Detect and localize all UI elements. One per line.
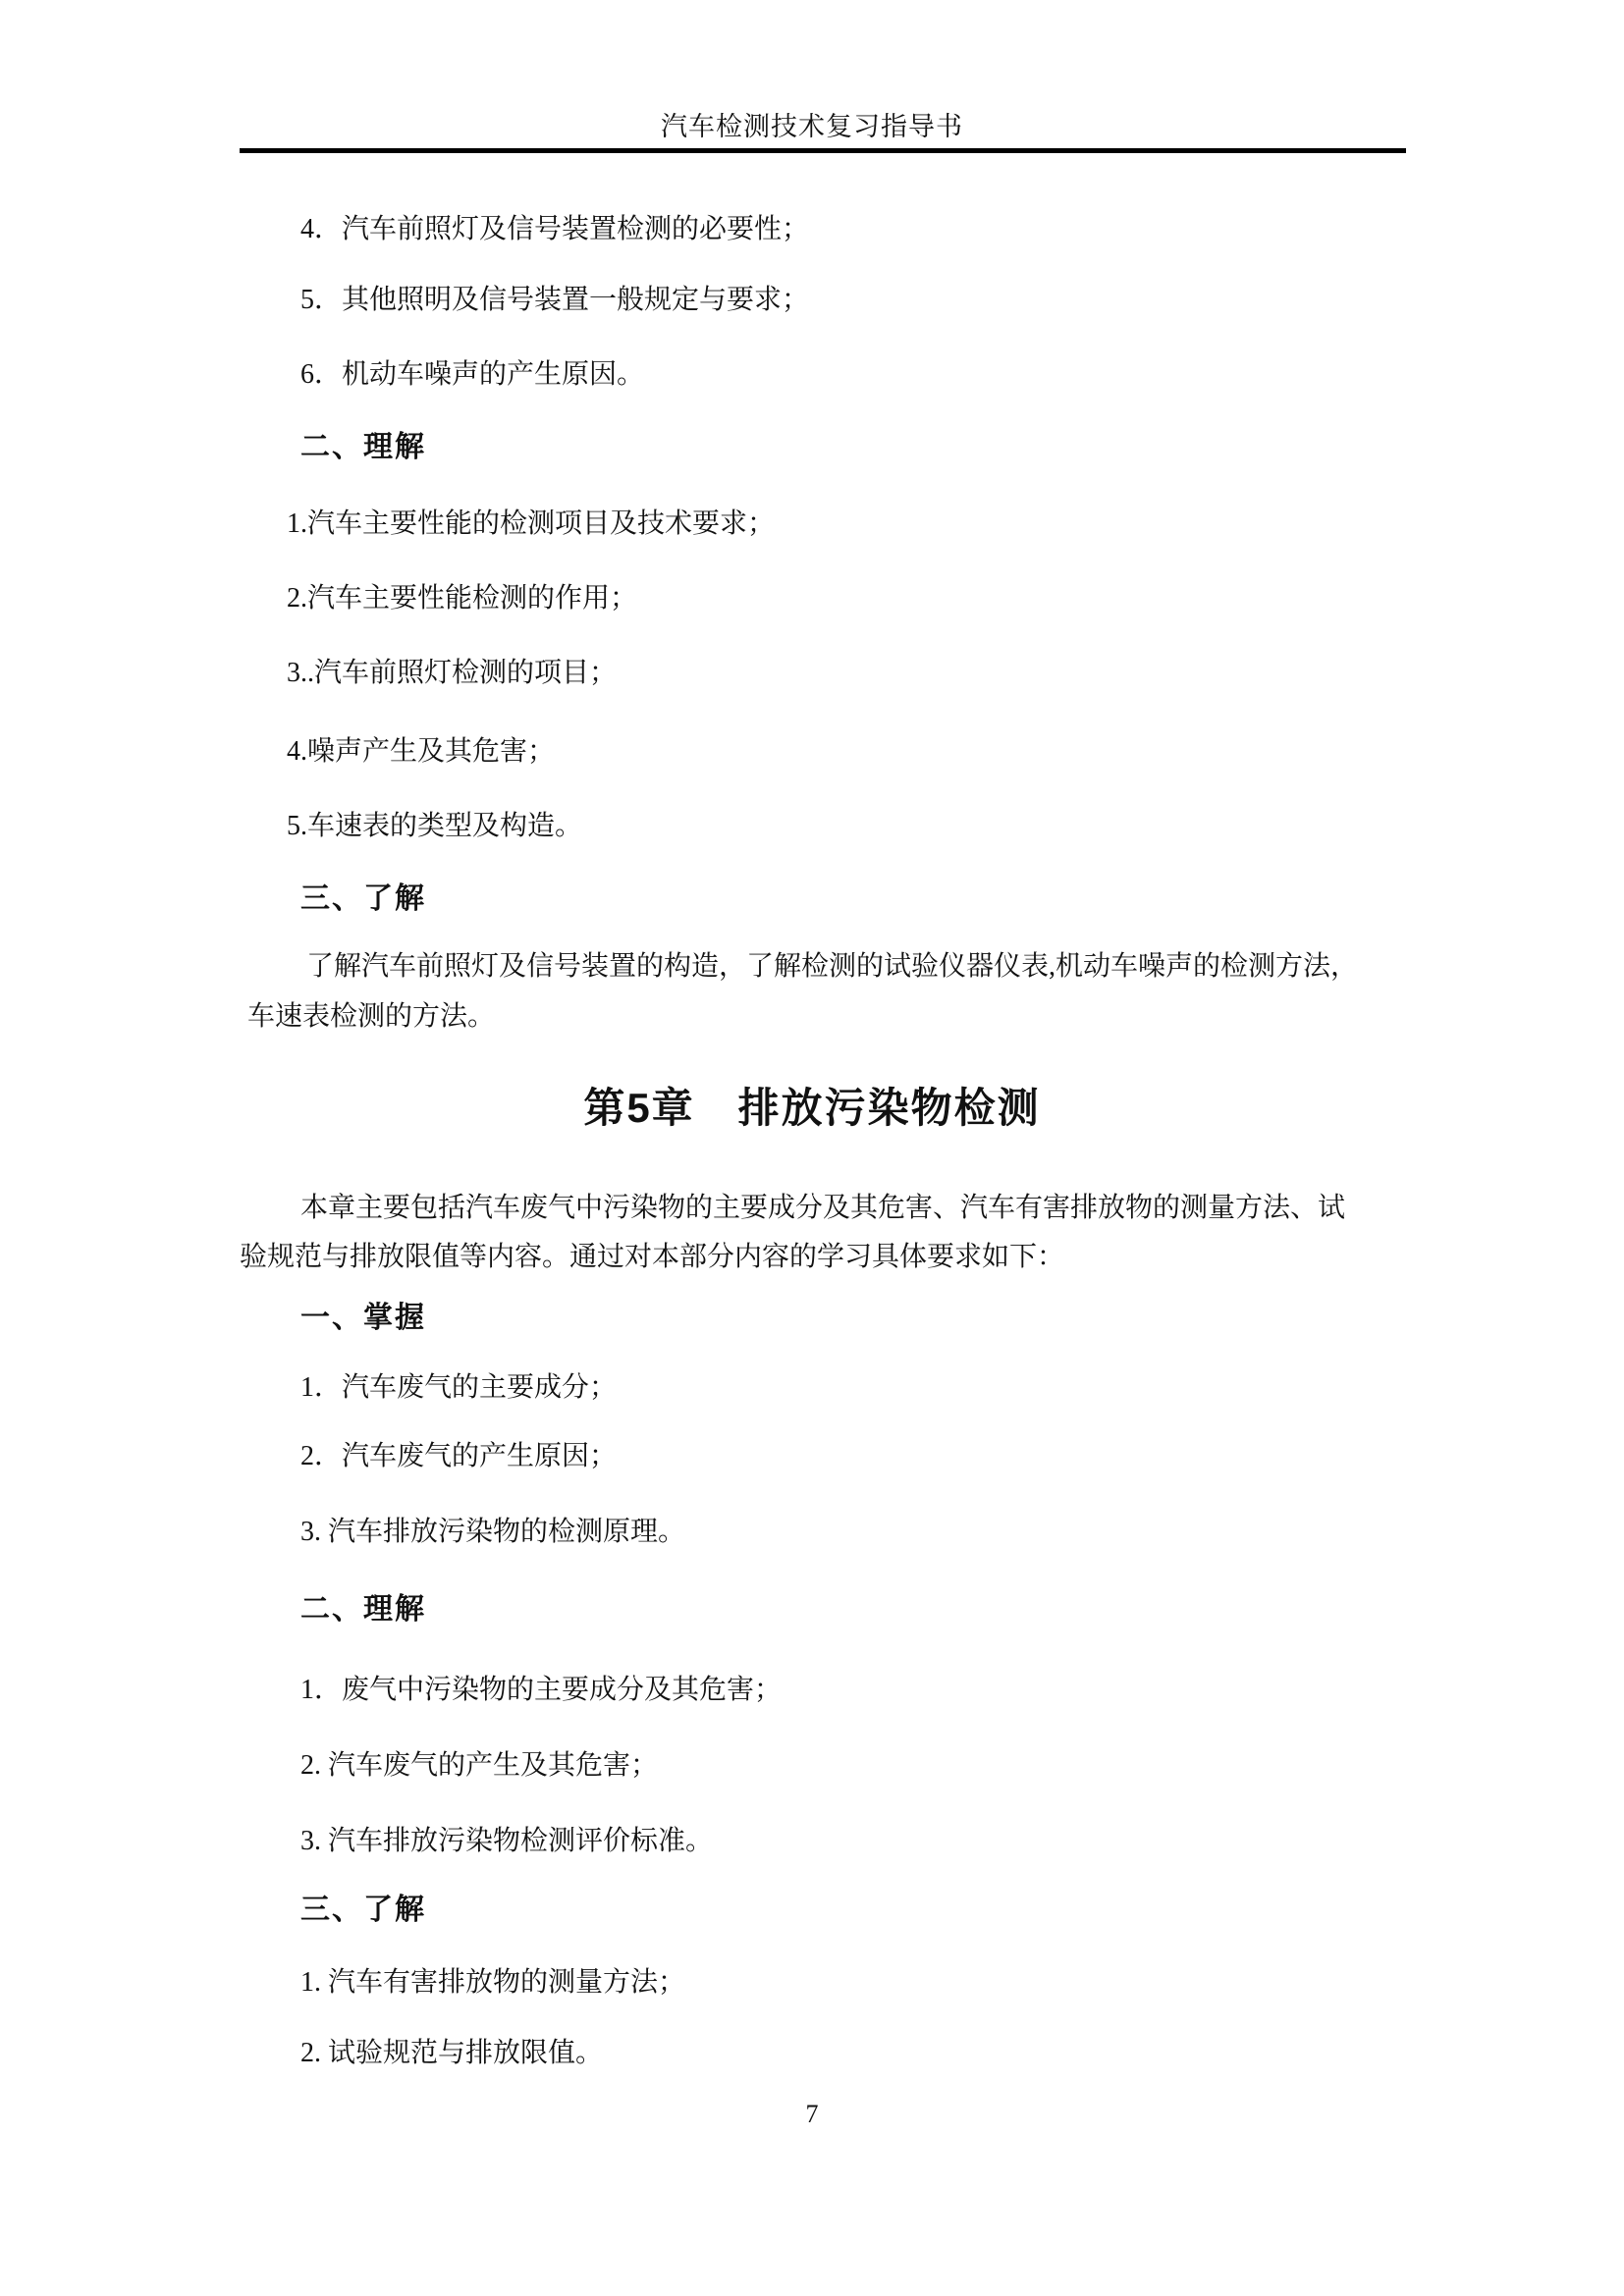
- list-item: 4.噪声产生及其危害；: [287, 735, 555, 769]
- paragraph-line: 车速表检测的方法。: [247, 1000, 495, 1034]
- list-item: 1.汽车主要性能的检测项目及技术要求；: [287, 507, 775, 541]
- page-header-title: 汽车检测技术复习指导书: [0, 110, 1624, 143]
- list-item: 2.汽车主要性能检测的作用；: [287, 582, 637, 615]
- section-heading: 一、掌握: [300, 1302, 426, 1335]
- list-item: 1．汽车废气的主要成分；: [300, 1371, 617, 1405]
- list-item: 1. 汽车有害排放物的测量方法；: [300, 1966, 685, 2000]
- list-item: 2. 试验规范与排放限值。: [300, 2037, 603, 2070]
- section-heading: 二、理解: [300, 431, 426, 464]
- paragraph-line: 验规范与排放限值等内容。通过对本部分内容的学习具体要求如下：: [240, 1241, 1064, 1274]
- chapter-title: 第5章 排放污染物检测: [0, 1084, 1624, 1133]
- list-item: 3. 汽车排放污染物的检测原理。: [300, 1516, 685, 1549]
- list-item: 2. 汽车废气的产生及其危害；: [300, 1749, 658, 1783]
- list-item: 4．汽车前照灯及信号装置检测的必要性；: [300, 213, 809, 246]
- section-heading: 二、理解: [300, 1593, 426, 1627]
- list-item: 3..汽车前照灯检测的项目；: [287, 657, 617, 690]
- section-heading: 三、了解: [300, 882, 426, 916]
- list-item: 3. 汽车排放污染物检测评价标准。: [300, 1825, 713, 1858]
- page-number: 7: [0, 2098, 1624, 2131]
- list-item: 1．废气中污染物的主要成分及其危害；: [300, 1674, 782, 1707]
- section-heading: 三、了解: [300, 1894, 426, 1927]
- list-item: 5．其他照明及信号装置一般规定与要求；: [300, 284, 809, 317]
- list-item: 6．机动车噪声的产生原因。: [300, 358, 644, 392]
- document-page: 汽车检测技术复习指导书 4．汽车前照灯及信号装置检测的必要性； 5．其他照明及信…: [0, 0, 1624, 2296]
- paragraph-line: 本章主要包括汽车废气中污染物的主要成分及其危害、汽车有害排放物的测量方法、试: [300, 1192, 1345, 1225]
- list-item: 2．汽车废气的产生原因；: [300, 1440, 617, 1473]
- list-item: 5.车速表的类型及构造。: [287, 810, 582, 843]
- header-rule: [240, 148, 1406, 153]
- paragraph-line: 了解汽车前照灯及信号装置的构造，了解检测的试验仪器仪表,机动车噪声的检测方法，: [306, 950, 1358, 984]
